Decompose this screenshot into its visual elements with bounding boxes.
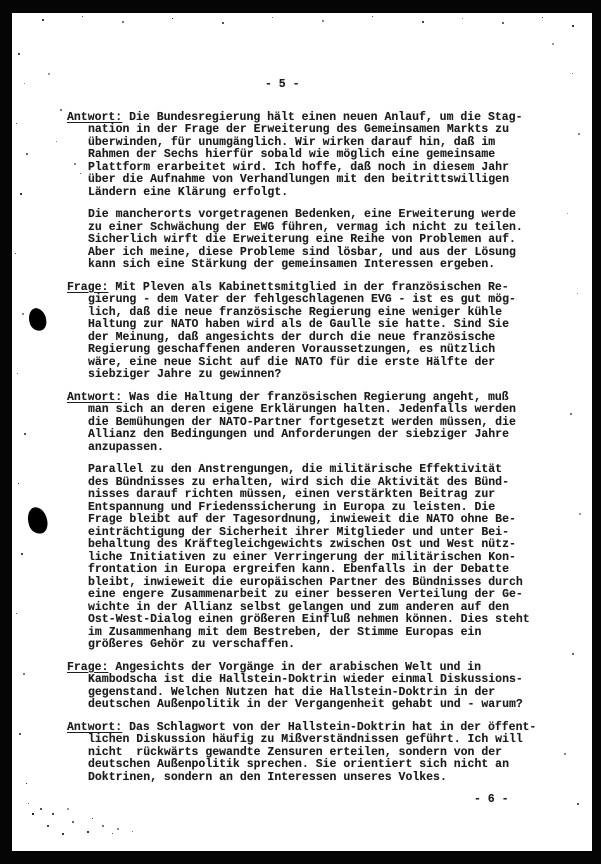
scan-noise-layer — [12, 13, 13, 14]
paragraph: Parallel zu den Anstrengungen, die milit… — [67, 464, 541, 652]
paragraph-text: Angesichts der Vorgänge in der arabische… — [108, 661, 481, 674]
paragraph-line: siebziger Jahre zu gewinnen? — [67, 369, 541, 382]
paragraph-line: nation in der Frage der Erweiterung des … — [67, 124, 541, 137]
hole-punch-top — [26, 306, 49, 333]
paragraph-line: über die Aufnahme von Verhandlungen mit … — [67, 174, 541, 187]
document-page: - 5 - Antwort: Die Bundesregierung hält … — [12, 13, 592, 851]
document-text: - 5 - Antwort: Die Bundesregierung hält … — [67, 79, 541, 807]
paragraph-line: Frage bleibt auf der Tagesordnung, inwie… — [67, 514, 541, 527]
paragraph-label: Antwort: — [67, 111, 122, 124]
paragraph-label: Frage: — [67, 661, 108, 674]
paragraph-line: man sich an deren eigene Erklärungen hal… — [67, 404, 541, 417]
paragraph-text: Mit Pleven als Kabinettsmitglied in der … — [108, 281, 508, 294]
paragraph-line: Kambodscha ist die Hallstein-Doktrin wie… — [67, 674, 541, 687]
paragraph-line: Doktrinen, sondern an den Interessen uns… — [67, 772, 541, 785]
paragraph-text: Was die Haltung der französischen Regier… — [122, 391, 508, 404]
paragraph-label: Antwort: — [67, 391, 122, 404]
paragraph-line: Allianz den Bedingungen und Anforderunge… — [67, 429, 541, 442]
paragraph: Antwort: Das Schlagwort von der Hallstei… — [67, 722, 541, 785]
paragraph: Frage: Angesichts der Vorgänge in der ar… — [67, 662, 541, 712]
paragraph-line: deutschen Außenpolitik sprechen. Sie ori… — [67, 759, 541, 772]
paragraph-line: frontation in Europa ergreifen kann. Ebe… — [67, 564, 541, 577]
paragraph-line: gierung - dem Vater der fehlgeschlagenen… — [67, 294, 541, 307]
paragraph-line: kann sich eine Stärkung der gemeinsamen … — [67, 259, 541, 272]
page-number-header: - 5 - — [265, 79, 541, 92]
paragraph-line: deutschen Außenpolitik in der Vergangenh… — [67, 699, 541, 712]
paragraph: Frage: Mit Pleven als Kabinettsmitglied … — [67, 282, 541, 382]
paragraph-line: Haltung zur NATO haben wird als de Gaull… — [67, 319, 541, 332]
paragraph-label: Frage: — [67, 281, 108, 294]
page-number-footer: - 6 - — [474, 794, 541, 807]
paragraph-line: Ländern eine Klärung erfolgt. — [67, 187, 541, 200]
paragraph-line: Die mancherorts vorgetragenen Bedenken, … — [67, 209, 541, 222]
paragraph-text: Das Schlagwort von der Hallstein-Doktrin… — [122, 721, 536, 734]
paragraph-line: Sicherlich wirft die Erweiterung eine Re… — [67, 234, 541, 247]
paragraph-label: Antwort: — [67, 721, 122, 734]
paragraph-line: Regierung geschaffenen anderen Vorausset… — [67, 344, 541, 357]
paragraph-line: nisses darauf richten müssen, einen vers… — [67, 489, 541, 502]
paragraph-line: Ost-West-Dialog einen größeren Einfluß n… — [67, 614, 541, 627]
hole-punch-bottom — [24, 505, 50, 537]
paragraph: Die mancherorts vorgetragenen Bedenken, … — [67, 209, 541, 272]
paragraph-line: lichen Diskussion häufig zu Mißverständn… — [67, 734, 541, 747]
paragraph-line: behaltung des Kräftegleichgewichts zwisc… — [67, 539, 541, 552]
paragraph-line: Parallel zu den Anstrengungen, die milit… — [67, 464, 541, 477]
scan-background: - 5 - Antwort: Die Bundesregierung hält … — [0, 0, 601, 864]
document-body: Antwort: Die Bundesregierung hält einen … — [67, 112, 541, 785]
paragraph-line: eine engere Zusammenarbeit zu einer bess… — [67, 589, 541, 602]
paragraph: Antwort: Die Bundesregierung hält einen … — [67, 112, 541, 200]
paragraph: Antwort: Was die Haltung der französisch… — [67, 392, 541, 455]
paragraph-text: Die Bundesregierung hält einen neuen Anl… — [122, 111, 522, 124]
paragraph-line: Rahmen der Sechs hierfür sobald wie mögl… — [67, 149, 541, 162]
paragraph-line: größeres Gehör zu verschaffen. — [67, 639, 541, 652]
paragraph-line: anzupassen. — [67, 442, 541, 455]
